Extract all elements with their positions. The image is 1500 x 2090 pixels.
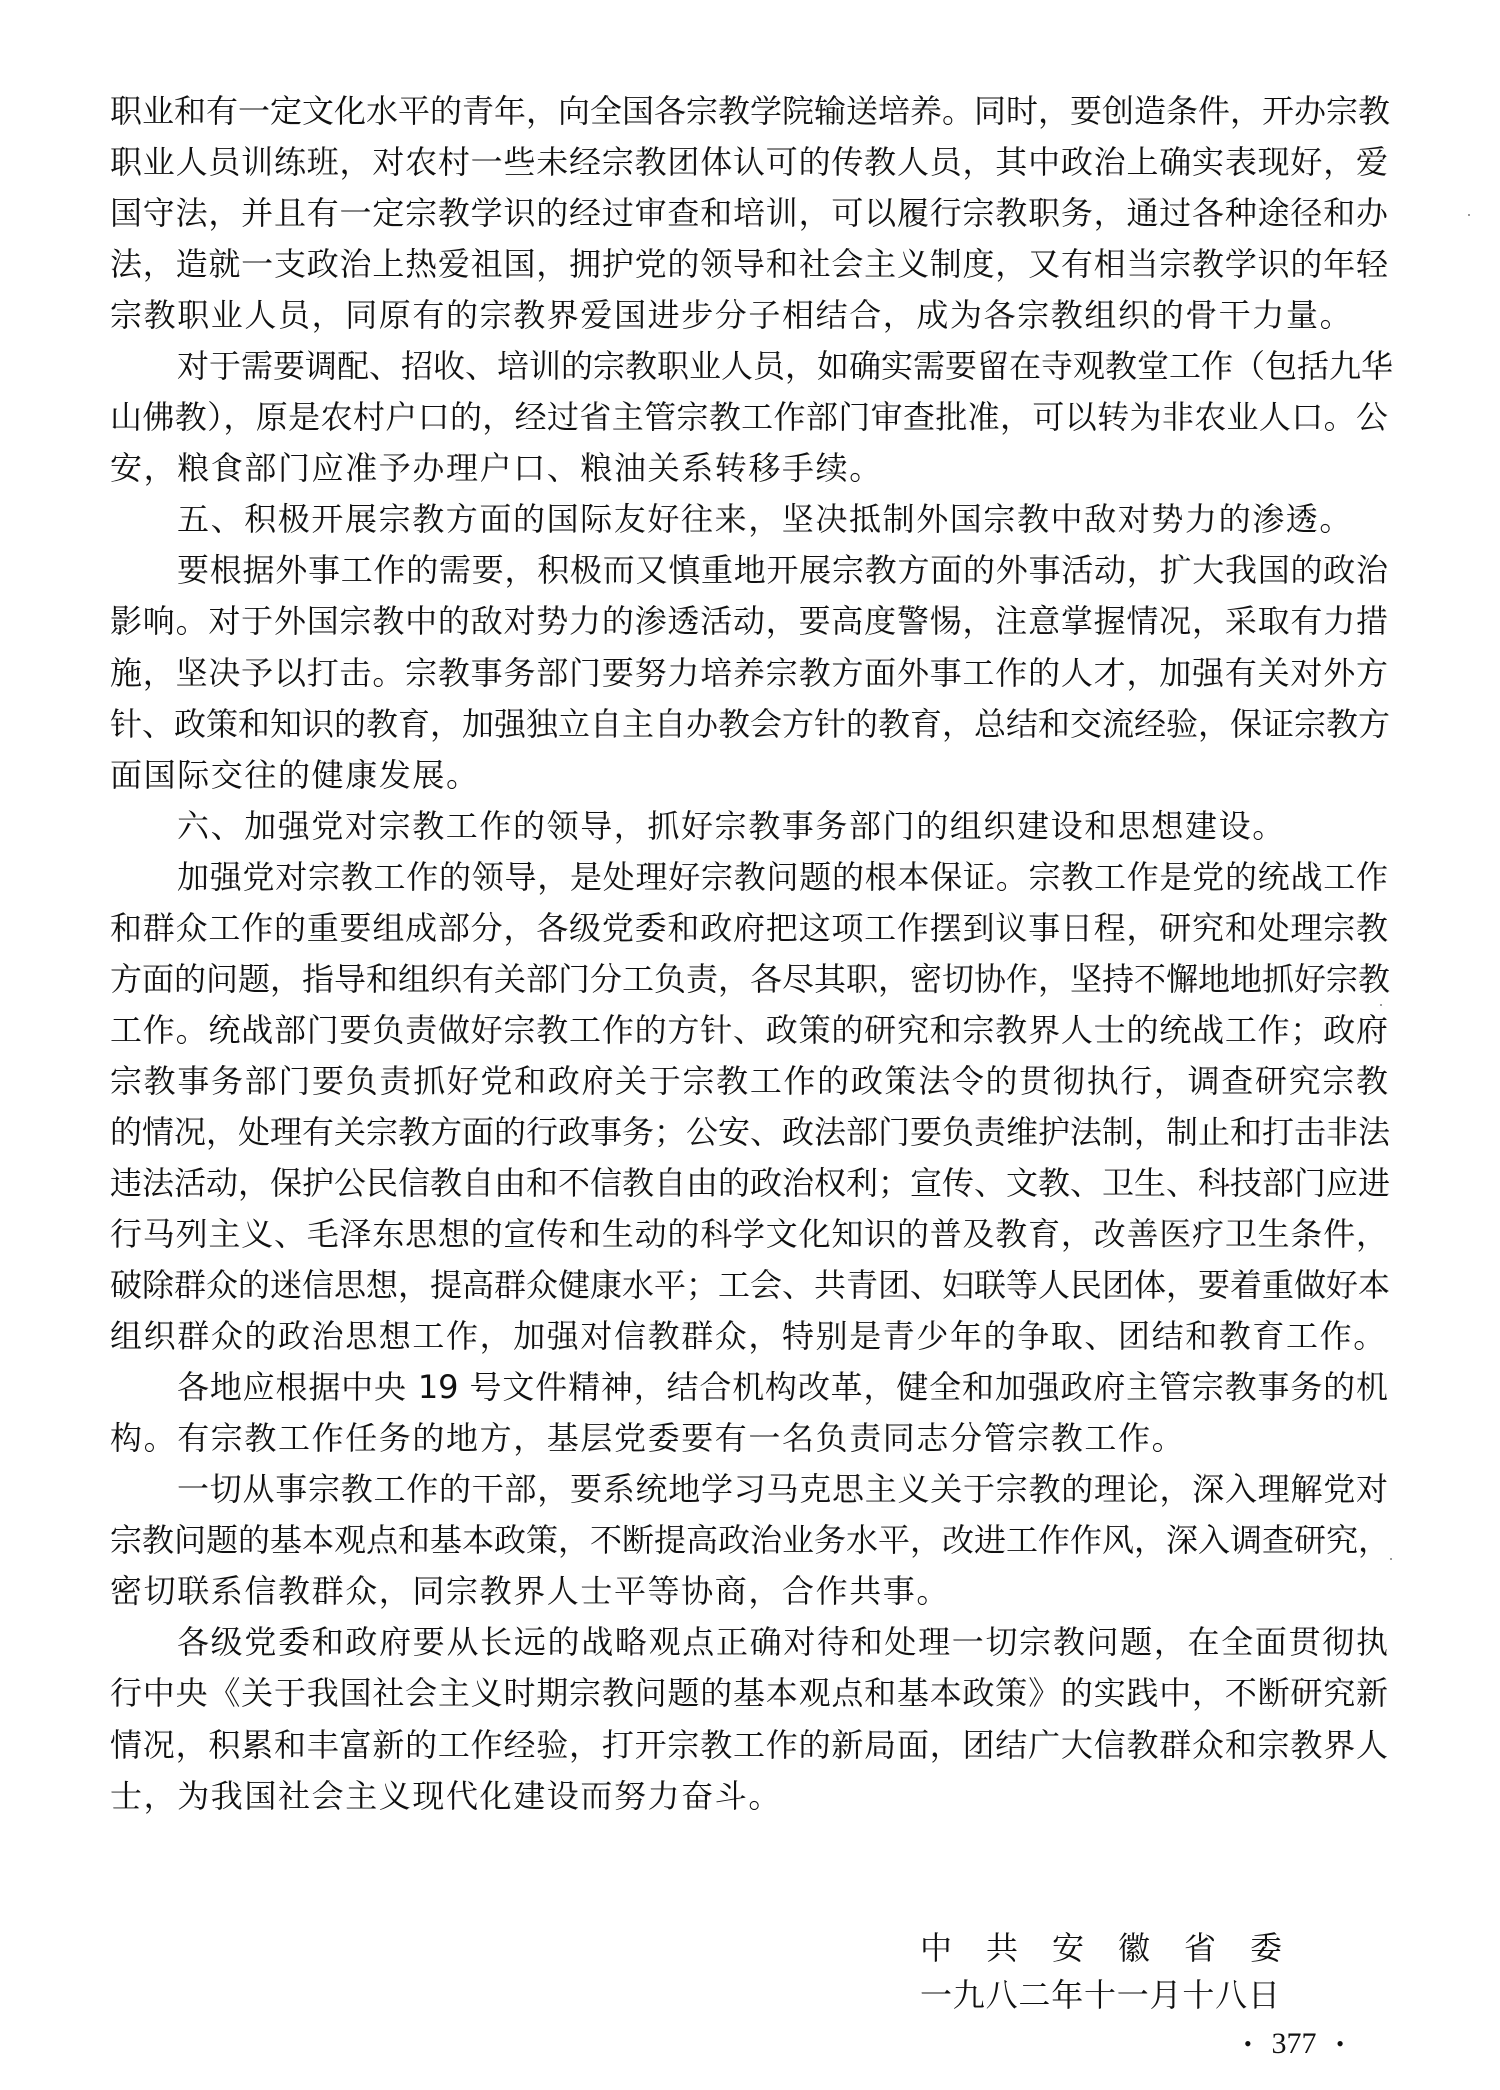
text-line: 一切从事宗教工作的干部，要系统地学习马克思主义关于宗教的理论，深入理解党对 — [110, 1464, 1388, 1515]
text-line: 影响。对于外国宗教中的敌对势力的渗透活动，要高度警惕，注意掌握情况，采取有力措 — [110, 596, 1388, 647]
text-line: 各地应根据中央 19 号文件精神，结合机构改革，健全和加强政府主管宗教事务的机 — [110, 1362, 1388, 1413]
text-line: 安，粮食部门应准予办理户口、粮油关系转移手续。 — [110, 443, 1388, 494]
text-line: 对于需要调配、招收、培训的宗教职业人员，如确实需要留在寺观教堂工作（包括九华 — [110, 341, 1388, 392]
text-line: 士，为我国社会主义现代化建设而努力奋斗。 — [110, 1771, 1388, 1822]
heading-line: 六、加强党对宗教工作的领导，抓好宗教事务部门的组织建设和思想建设。 — [110, 801, 1388, 852]
text-line: 各级党委和政府要从长远的战略观点正确对待和处理一切宗教问题，在全面贯彻执 — [110, 1617, 1388, 1668]
text-line: 行中央《关于我国社会主义时期宗教问题的基本观点和基本政策》的实践中，不断研究新 — [110, 1668, 1388, 1719]
text-line: 职业和有一定文化水平的青年，向全国各宗教学院输送培养。同时，要创造条件，开办宗教 — [110, 86, 1388, 137]
text-line: 行马列主义、毛泽东思想的宣传和生动的科学文化知识的普及教育，改善医疗卫生条件， — [110, 1209, 1388, 1260]
text-line: 密切联系信教群众，同宗教界人士平等协商，合作共事。 — [110, 1566, 1388, 1617]
scan-artifact-dot — [1390, 1558, 1392, 1560]
text-line: 情况，积累和丰富新的工作经验，打开宗教工作的新局面，团结广大信教群众和宗教界人 — [110, 1720, 1388, 1771]
text-line: 宗教职业人员，同原有的宗教界爱国进步分子相结合，成为各宗教组织的骨干力量。 — [110, 290, 1388, 341]
page-number-value: 377 — [1272, 2025, 1317, 2063]
text-line: 构。有宗教工作任务的地方，基层党委要有一名负责同志分管宗教工作。 — [110, 1413, 1388, 1464]
paragraph: 要根据外事工作的需要，积极而又慎重地开展宗教方面的外事活动，扩大我国的政治 影响… — [110, 545, 1388, 800]
document-page: 职业和有一定文化水平的青年，向全国各宗教学院输送培养。同时，要创造条件，开办宗教… — [0, 0, 1500, 2090]
text-line: 面国际交往的健康发展。 — [110, 750, 1388, 801]
text-line: 法，造就一支政治上热爱祖国，拥护党的领导和社会主义制度，又有相当宗教学识的年轻 — [110, 239, 1388, 290]
text-line: 违法活动，保护公民信教自由和不信教自由的政治权利；宣传、文教、卫生、科技部门应进 — [110, 1158, 1388, 1209]
text-line: 破除群众的迷信思想，提高群众健康水平；工会、共青团、妇联等人民团体，要着重做好本 — [110, 1260, 1388, 1311]
scan-artifact-dot — [1380, 1004, 1382, 1006]
signature-block: 中共安徽省委 一九八二年十一月十八日 — [920, 1925, 1290, 2019]
page-number: • 377 • — [1244, 2025, 1344, 2063]
scan-artifact-dot — [1468, 214, 1470, 216]
text-line: 组织群众的政治思想工作，加强对信教群众，特别是青少年的争取、团结和教育工作。 — [110, 1311, 1388, 1362]
text-line: 宗教事务部门要负责抓好党和政府关于宗教工作的政策法令的贯彻执行，调查研究宗教 — [110, 1056, 1388, 1107]
text-line: 和群众工作的重要组成部分，各级党委和政府把这项工作摆到议事日程，研究和处理宗教 — [110, 903, 1388, 954]
bullet-dot-icon: • — [1244, 2025, 1252, 2063]
paragraph: 各级党委和政府要从长远的战略观点正确对待和处理一切宗教问题，在全面贯彻执 行中央… — [110, 1617, 1388, 1821]
text-line: 要根据外事工作的需要，积极而又慎重地开展宗教方面的外事活动，扩大我国的政治 — [110, 545, 1388, 596]
body-text: 职业和有一定文化水平的青年，向全国各宗教学院输送培养。同时，要创造条件，开办宗教… — [110, 86, 1388, 1822]
paragraph: 加强党对宗教工作的领导，是处理好宗教问题的根本保证。宗教工作是党的统战工作 和群… — [110, 852, 1388, 1362]
paragraph: 职业和有一定文化水平的青年，向全国各宗教学院输送培养。同时，要创造条件，开办宗教… — [110, 86, 1388, 341]
signature-date: 一九八二年十一月十八日 — [920, 1971, 1280, 2019]
text-line: 施，坚决予以打击。宗教事务部门要努力培养宗教方面外事工作的人才，加强有关对外方 — [110, 648, 1388, 699]
section-heading-5: 五、积极开展宗教方面的国际友好往来，坚决抵制外国宗教中敌对势力的渗透。 — [110, 494, 1388, 545]
text-line: 针、政策和知识的教育，加强独立自主自办教会方针的教育，总结和交流经验，保证宗教方 — [110, 699, 1388, 750]
section-heading-6: 六、加强党对宗教工作的领导，抓好宗教事务部门的组织建设和思想建设。 — [110, 801, 1388, 852]
text-line: 宗教问题的基本观点和基本政策，不断提高政治业务水平，改进工作作风，深入调查研究， — [110, 1515, 1388, 1566]
text-line: 山佛教），原是农村户口的，经过省主管宗教工作部门审查批准，可以转为非农业人口。公 — [110, 392, 1388, 443]
text-line: 加强党对宗教工作的领导，是处理好宗教问题的根本保证。宗教工作是党的统战工作 — [110, 852, 1388, 903]
text-line: 工作。统战部门要负责做好宗教工作的方针、政策的研究和宗教界人士的统战工作；政府 — [110, 1005, 1388, 1056]
text-line: 国守法，并且有一定宗教学识的经过审查和培训，可以履行宗教职务，通过各种途径和办 — [110, 188, 1388, 239]
heading-line: 五、积极开展宗教方面的国际友好往来，坚决抵制外国宗教中敌对势力的渗透。 — [110, 494, 1388, 545]
text-line: 方面的问题，指导和组织有关部门分工负责，各尽其职，密切协作，坚持不懈地地抓好宗教 — [110, 954, 1388, 1005]
paragraph: 对于需要调配、招收、培训的宗教职业人员，如确实需要留在寺观教堂工作（包括九华 山… — [110, 341, 1388, 494]
text-line: 的情况，处理有关宗教方面的行政事务；公安、政法部门要负责维护法制，制止和打击非法 — [110, 1107, 1388, 1158]
paragraph: 一切从事宗教工作的干部，要系统地学习马克思主义关于宗教的理论，深入理解党对 宗教… — [110, 1464, 1388, 1617]
text-line: 职业人员训练班，对农村一些未经宗教团体认可的传教人员，其中政治上确实表现好，爱 — [110, 137, 1388, 188]
signature-organization: 中共安徽省委 — [920, 1925, 1282, 1971]
paragraph: 各地应根据中央 19 号文件精神，结合机构改革，健全和加强政府主管宗教事务的机 … — [110, 1362, 1388, 1464]
bullet-dot-icon: • — [1336, 2025, 1344, 2063]
